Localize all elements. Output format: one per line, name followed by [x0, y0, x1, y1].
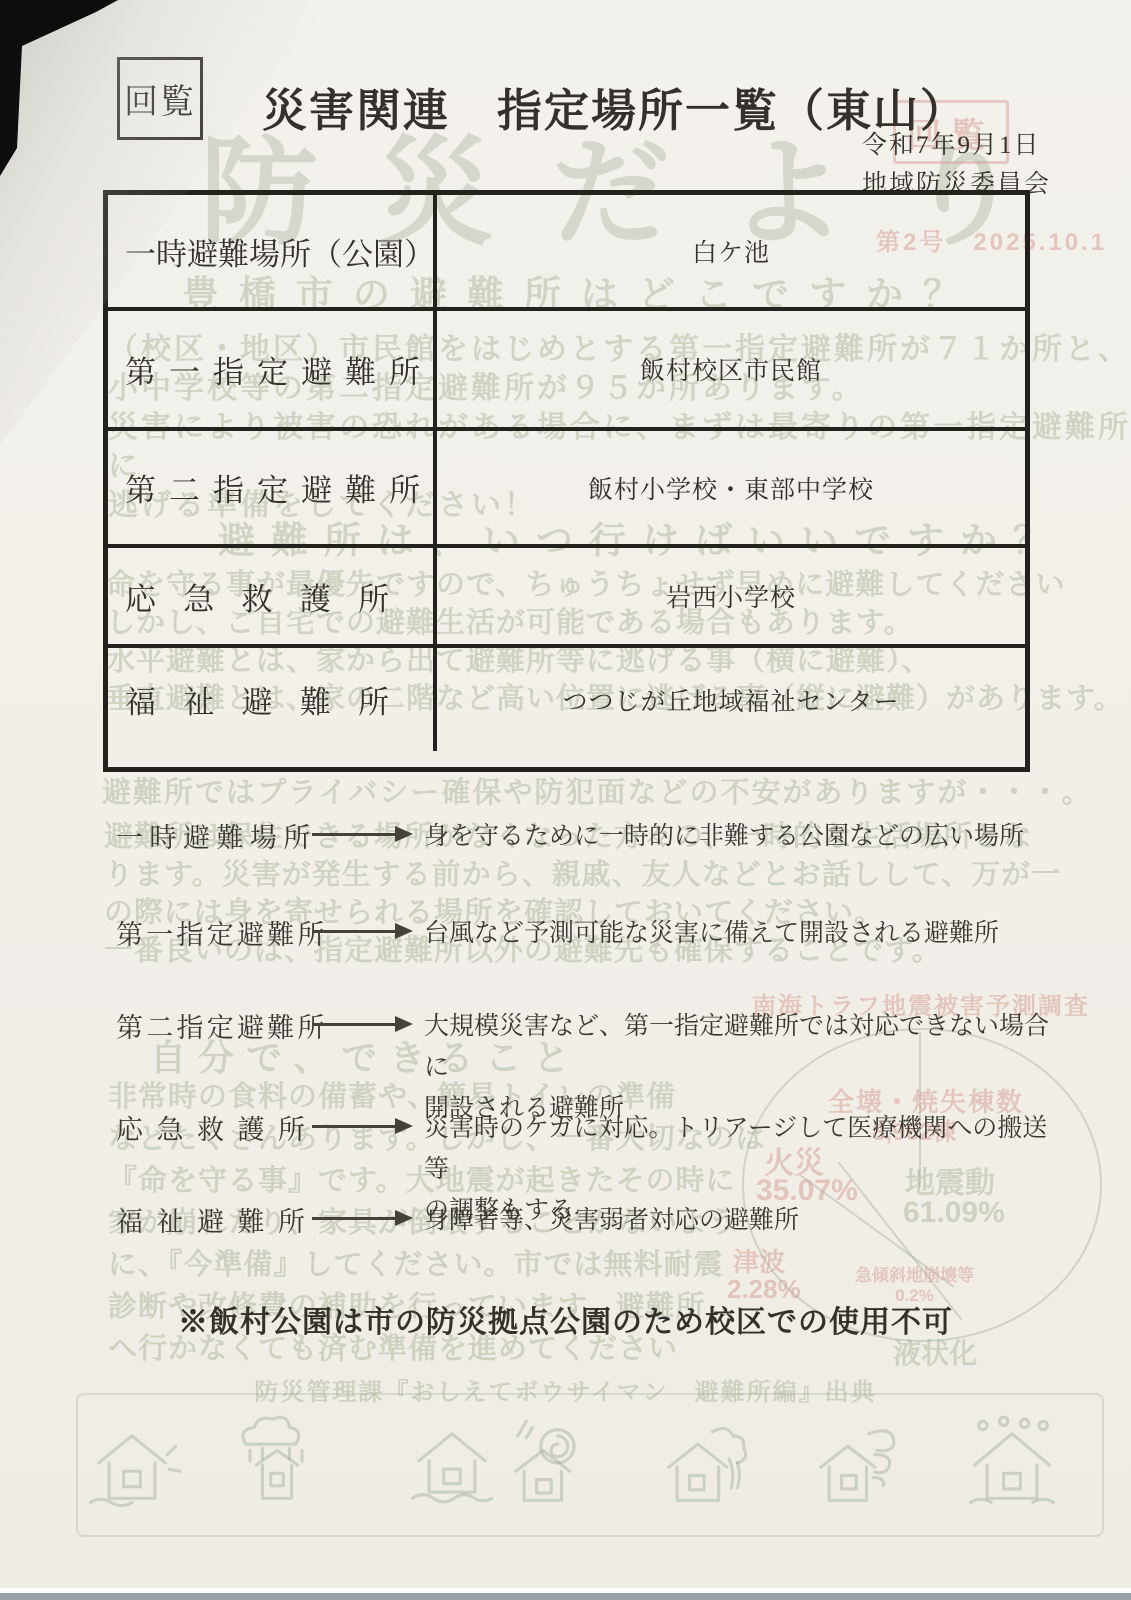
- rain-house-icon: [225, 1406, 329, 1524]
- landslide-house-icon: [650, 1406, 754, 1524]
- earthquake-house-icon: [80, 1406, 184, 1524]
- table-row: 第一指定避難所 飯村校区市民館: [108, 307, 1025, 427]
- designated-places-table: 一時避難場所（公園） 白ケ池 第一指定避難所 飯村校区市民館 第二指定避難所 飯…: [103, 190, 1030, 772]
- scan-corner-artifact: [0, 0, 124, 186]
- definition-term: 第一指定避難所: [116, 913, 312, 954]
- scanned-document-page: 防災だより 回覧 第2号 2025.10.1 豊橋市の避難所はどこですか？ （校…: [0, 0, 1131, 1600]
- pie-slope-text: 急傾斜地崩壊等: [855, 1266, 974, 1285]
- row-value: つつじが丘地域福祉センター: [437, 648, 1025, 751]
- row-label: 第二指定避難所: [108, 431, 437, 544]
- definition-term: 一時避難場所: [116, 816, 312, 857]
- showthrough-heading-3: 避難所ではプライバシー確保や防犯面などの不安がありますが・・・。: [102, 770, 1093, 811]
- snow-house-icon: [960, 1406, 1064, 1524]
- row-label: 第一指定避難所: [108, 311, 437, 427]
- table-row: 応急救護所 岩西小学校: [108, 544, 1025, 644]
- flood-house-icon: [400, 1406, 504, 1524]
- definition-row: 福祉避難所 身障者等、災害弱者対応の避難所: [116, 1200, 799, 1241]
- row-value: 岩西小学校: [437, 548, 1025, 644]
- table-row: 福祉避難所 つつじが丘地域福祉センター: [108, 644, 1025, 751]
- definition-row: 第一指定避難所 台風など予測可能な災害に備えて開設される避難所: [116, 913, 999, 954]
- circulation-stamp-box: 回覧: [117, 57, 203, 140]
- arrow-icon: [312, 816, 424, 857]
- definition-description: 台風など予測可能な災害に備えて開設される避難所: [424, 913, 999, 954]
- row-label: 一時避難場所（公園）: [108, 195, 437, 307]
- row-label: 福祉避難所: [108, 648, 437, 751]
- row-label: 応急救護所: [108, 548, 437, 644]
- scan-edge-bar: [0, 1593, 1131, 1600]
- circulation-stamp-label: 回覧: [124, 74, 196, 123]
- row-value: 白ケ池: [437, 195, 1025, 307]
- arrow-icon: [312, 1200, 424, 1241]
- definition-description: 身障者等、災害弱者対応の避難所: [424, 1200, 799, 1241]
- table-row: 第二指定避難所 飯村小学校・東部中学校: [108, 427, 1025, 544]
- footnote: ※飯村公園は市の防災拠点公園のため校区での使用不可: [0, 1297, 1131, 1341]
- tornado-house-icon: [800, 1406, 904, 1524]
- table-row: 一時避難場所（公園） 白ケ池: [108, 195, 1025, 307]
- issue-date: 令和7年9月1日: [862, 126, 1051, 165]
- row-value: 飯村小学校・東部中学校: [437, 431, 1025, 544]
- arrow-icon: [312, 913, 424, 954]
- typhoon-house-icon: [495, 1406, 599, 1524]
- definition-term: 福祉避難所: [116, 1200, 312, 1241]
- row-value: 飯村校区市民館: [437, 311, 1025, 427]
- definition-row: 一時避難場所 身を守るために一時的に非難する公園などの広い場所: [116, 816, 1024, 857]
- definition-description: 身を守るために一時的に非難する公園などの広い場所: [424, 816, 1024, 857]
